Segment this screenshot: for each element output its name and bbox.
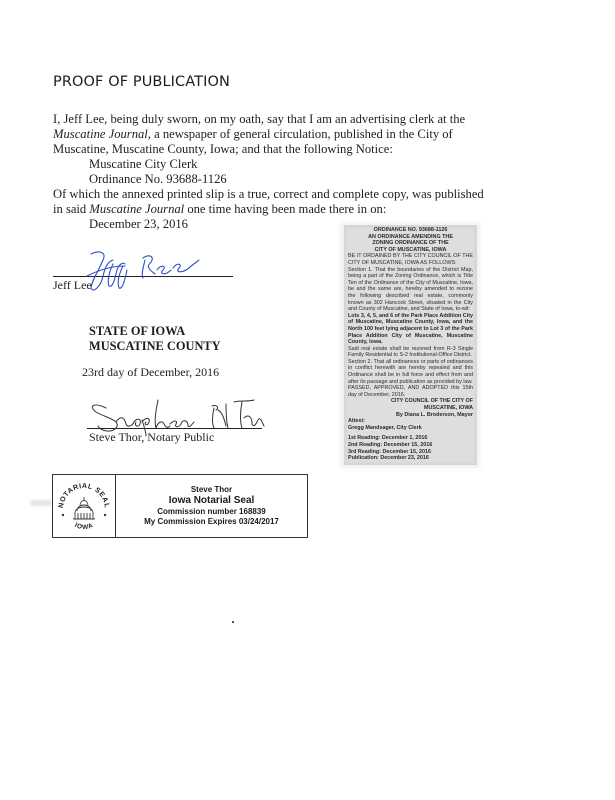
clipping-mayor: By Diana L. Broderson, Mayor	[348, 412, 473, 419]
ordinance-clipping: ORDINANCE NO. 93688-1126 AN ORDINANCE AM…	[344, 225, 477, 465]
clipping-legal-description: Lots 3, 4, 5, and 6 of the Park Place Ad…	[348, 313, 473, 346]
clipping-council-2: MUSCATINE, IOWA	[348, 405, 473, 412]
clipping-council-1: CITY COUNCIL OF THE CITY OF	[348, 398, 473, 405]
affidavit-line-7-rest: one time having been made there in on:	[184, 202, 386, 216]
document-title: PROOF OF PUBLICATION	[53, 74, 230, 90]
clipping-attest-label: Attest:	[348, 418, 473, 425]
capitol-dome-icon: NOTARIAL SEAL IOWA	[53, 475, 115, 537]
seal-title: Iowa Notarial Seal	[169, 495, 255, 507]
notarial-seal-stamp: NOTARIAL SEAL IOWA	[52, 474, 308, 538]
scan-speck	[232, 621, 234, 623]
venue-state: STATE OF IOWA	[89, 324, 185, 339]
clipping-publication: Publication: December 23, 2016	[348, 455, 473, 462]
affidavit-line-6: Of which the annexed printed slip is a t…	[53, 187, 484, 202]
affiant-signature	[85, 248, 205, 294]
notarial-seal-emblem: NOTARIAL SEAL IOWA	[53, 475, 116, 537]
affidavit-line-7-pre: in said	[53, 202, 89, 216]
clipping-reading-3: 3rd Reading: December 15, 2016	[348, 449, 473, 456]
newspaper-name-2: Muscatine Journal	[89, 202, 184, 216]
notice-from: Muscatine City Clerk	[89, 157, 197, 172]
clipping-section-2: Section 2. That all ordinances or parts …	[348, 359, 473, 385]
notice-title: Ordinance No. 93688-1126	[89, 172, 227, 187]
clipping-heading-3: ZONING ORDINANCE OF THE	[348, 240, 473, 247]
clipping-reading-2: 2nd Reading: December 15, 2016	[348, 442, 473, 449]
seal-commission-expiry: My Commission Expires 03/24/2017	[144, 517, 279, 527]
notary-signature	[86, 398, 266, 438]
clipping-rezone: Said real estate shall be rezoned from R…	[348, 346, 473, 359]
clipping-clerk: Gregg Mandsager, City Clerk	[348, 425, 473, 432]
affidavit-line-2: Muscatine Journal, a newspaper of genera…	[53, 127, 453, 142]
clipping-enacting-clause: BE IT ORDAINED BY THE CITY COUNCIL OF TH…	[348, 253, 473, 266]
scan-smudge	[30, 500, 52, 506]
clipping-passed: PASSED, APPROVED, AND ADOPTED this 15th …	[348, 385, 473, 398]
seal-notary-name: Steve Thor	[191, 485, 232, 495]
svg-text:IOWA: IOWA	[73, 522, 94, 531]
affidavit-line-3: Muscatine, Muscatine County, Iowa; and t…	[53, 142, 393, 157]
affidavit-line-1: I, Jeff Lee, being duly sworn, on my oat…	[53, 112, 465, 127]
seal-commission-number: Commission number 168839	[157, 507, 265, 517]
notarial-seal-info: Steve Thor Iowa Notarial Seal Commission…	[116, 475, 307, 537]
venue-county: MUSCATINE COUNTY	[89, 339, 221, 354]
proof-of-publication-page: PROOF OF PUBLICATION I, Jeff Lee, being …	[0, 0, 615, 800]
affidavit-line-2-rest: , a newspaper of general circulation, pu…	[148, 127, 453, 141]
clipping-heading-4: CITY OF MUSCATINE, IOWA	[348, 247, 473, 254]
affidavit-line-7: in said Muscatine Journal one time havin…	[53, 202, 386, 217]
publication-date: December 23, 2016	[89, 217, 188, 232]
newspaper-name: Muscatine Journal	[53, 127, 148, 141]
sworn-date: 23rd day of December, 2016	[82, 365, 219, 380]
clipping-section-1: Section 1. That the boundaries of the Di…	[348, 267, 473, 313]
clipping-heading-2: AN ORDINANCE AMENDING THE	[348, 234, 473, 241]
clipping-reading-1: 1st Reading: December 1, 2016	[348, 435, 473, 442]
clipping-heading-1: ORDINANCE NO. 93688-1126	[348, 227, 473, 234]
